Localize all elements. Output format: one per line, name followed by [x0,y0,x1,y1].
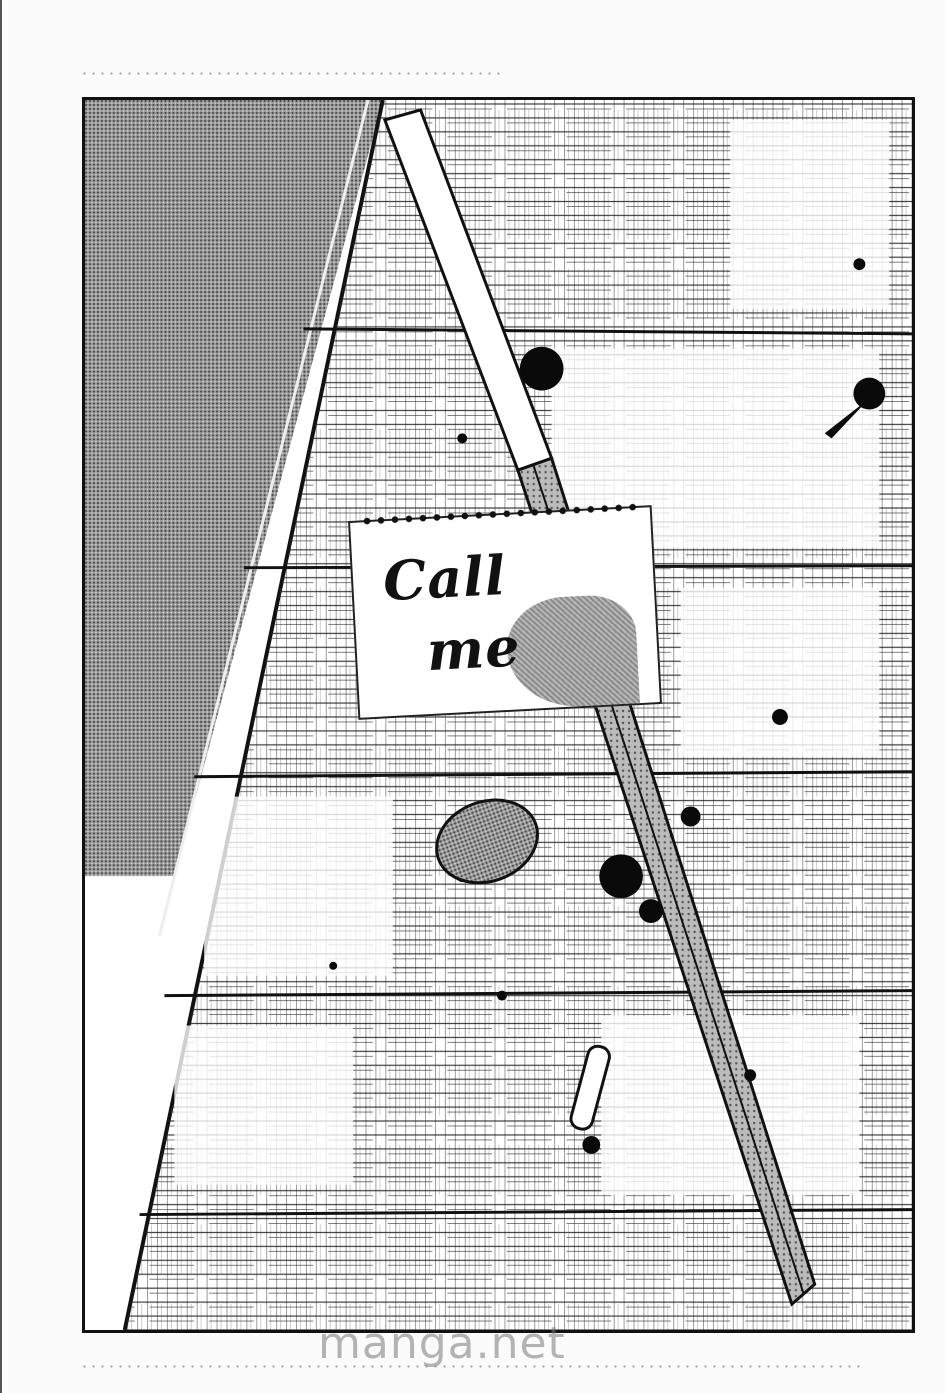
call-me-note: Call me [348,505,662,720]
watermark: manga.net [318,1318,566,1369]
note-text-line2: me [425,614,522,683]
blood-stain [504,593,640,710]
scan-noise [80,72,500,75]
manga-page: Call me manga.net [0,0,945,1393]
note-text-line1: Call [382,543,508,613]
panel-artwork [85,100,912,1330]
comic-panel: Call me [82,97,915,1333]
scan-edge [0,0,2,1393]
